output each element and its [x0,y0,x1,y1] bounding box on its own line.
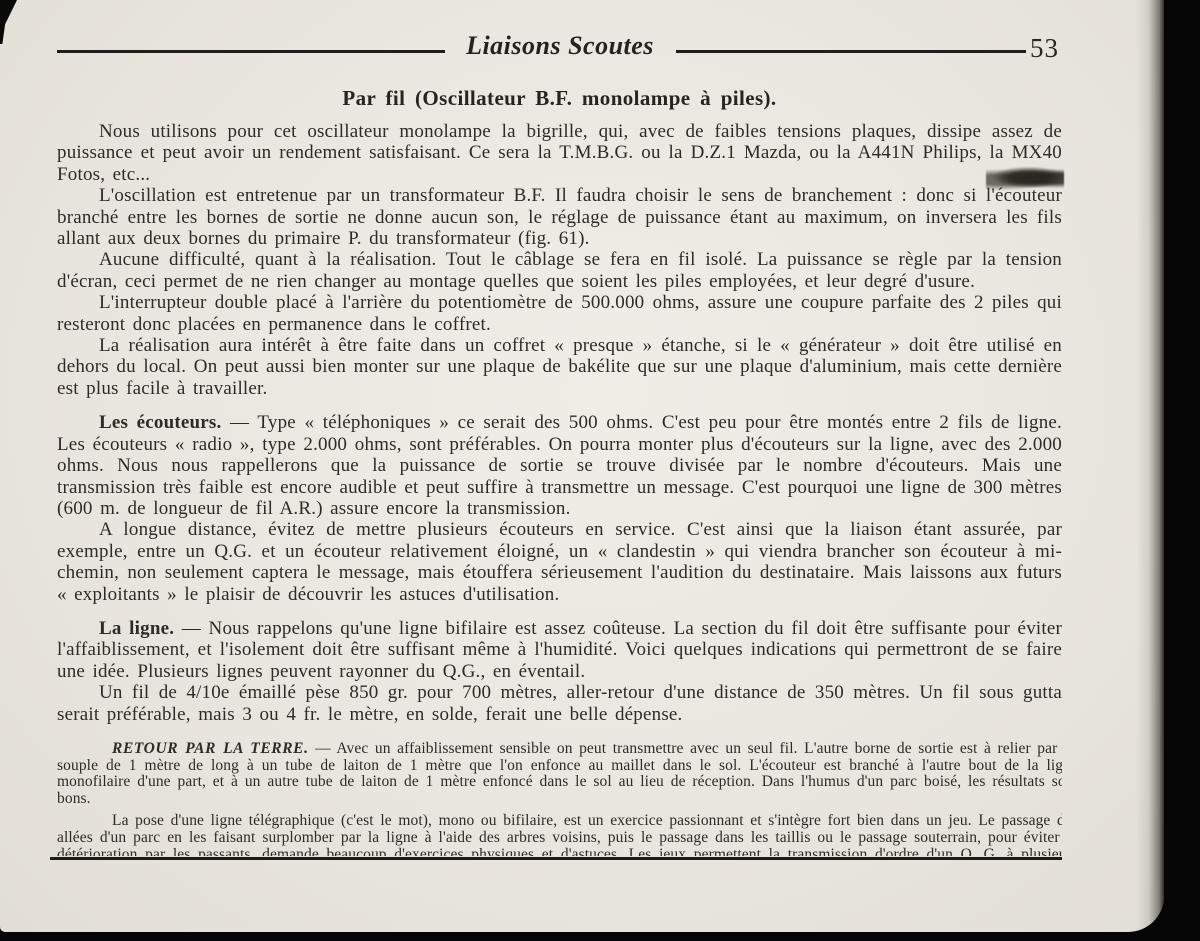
section-ligne: La ligne. — Nous rappelons qu'une ligne … [57,618,1062,682]
scan-corner-artifact [0,0,17,44]
footnote-pose-ligne: La pose d'une ligne télégraphique (c'est… [57,813,1062,856]
paragraph-ecouteurs-follow: A longue distance, évitez de mettre plus… [57,519,1062,605]
section-ecouteurs: Les écouteurs. — Type « téléphoniques » … [57,412,1062,519]
paragraph-intro-3: Aucune difficulté, quant à la réalisatio… [57,249,1062,292]
section-ligne-text: — Nous rappelons qu'une ligne bifilaire … [57,618,1062,682]
paragraph-intro-5: La réalisation aura intérêt à être faite… [57,335,1062,399]
page-number: 53 [1030,33,1059,64]
article-title: Par fil (Oscillateur B.F. monolampe à pi… [57,86,1062,111]
header-rule-left [57,50,445,53]
section-ligne-heading: La ligne. [99,618,174,639]
paragraph-ligne-follow: Un fil de 4/10e émaillé pèse 850 gr. pou… [57,682,1062,725]
header-rule-right [676,50,1026,53]
journal-title: Liaisons Scoutes [455,31,665,61]
scanned-page: Liaisons Scoutes 53 Par fil (Oscillateur… [0,0,1164,932]
bottom-rule [50,857,1062,860]
article-body: Nous utilisons pour cet oscillateur mono… [57,121,1062,856]
scan-background: { "colors": { "paper": "#e9e6df", "ink":… [0,0,1200,941]
paragraph-intro-2: L'oscillation est entretenue par un tran… [57,185,1062,249]
footnote-retour-terre: RETOUR PAR LA TERRE. — Avec un affaiblis… [57,741,1062,807]
footnote-block: RETOUR PAR LA TERRE. — Avec un affaiblis… [57,741,1062,856]
paragraph-intro-4: L'interrupteur double placé à l'arrière … [57,292,1062,335]
section-ecouteurs-heading: Les écouteurs. [99,412,221,433]
footnote-retour-terre-heading: RETOUR PAR LA TERRE. [112,740,309,757]
paragraph-intro-1: Nous utilisons pour cet oscillateur mono… [57,121,1062,185]
